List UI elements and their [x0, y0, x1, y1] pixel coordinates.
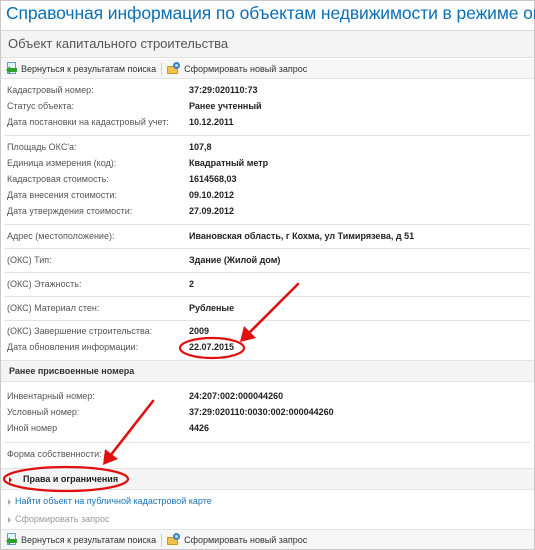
- field-row-other-number: Иной номер 4426: [1, 420, 534, 436]
- document-back-icon: [6, 62, 18, 75]
- row-divider: [5, 248, 530, 249]
- panel-title: Объект капитального строительства: [1, 31, 534, 58]
- bullet-triangle-icon: [8, 517, 11, 523]
- new-request-button[interactable]: Сформировать новый запрос: [167, 533, 307, 546]
- field-value: 22.07.2015: [189, 339, 234, 355]
- row-divider: [5, 296, 530, 297]
- field-value: 4426: [189, 420, 209, 436]
- field-row-unit: Единица измерения (код): Квадратный метр: [1, 155, 534, 171]
- field-value: 09.10.2012: [189, 187, 234, 203]
- field-row-floors: (ОКС) Этажность: 2: [1, 276, 534, 292]
- field-row-registration-date: Дата постановки на кадастровый учет: 10.…: [1, 114, 534, 130]
- field-label: Форма собственности:: [7, 446, 102, 462]
- field-row-inventory-number: Инвентарный номер: 24:207:002:000044260: [1, 388, 534, 404]
- group-divider: [5, 135, 530, 136]
- field-value: Здание (Жилой дом): [189, 252, 280, 268]
- field-label: Единица измерения (код):: [7, 155, 116, 171]
- field-row-ownership: Форма собственности:: [1, 446, 534, 462]
- field-label: Кадастровый номер:: [7, 82, 94, 98]
- toolbar-separator: [161, 63, 162, 75]
- field-value: 10.12.2011: [189, 114, 234, 130]
- new-request-label: Сформировать новый запрос: [184, 64, 307, 74]
- field-label: Инвентарный номер:: [7, 388, 95, 404]
- new-request-button[interactable]: Сформировать новый запрос: [167, 62, 307, 75]
- field-row-status: Статус объекта: Ранее учтенный: [1, 98, 534, 114]
- bullet-triangle-icon: [8, 499, 11, 505]
- field-value: 37:29:020110:0030:002:000044260: [189, 404, 334, 420]
- section-prior-numbers: Ранее присвоенные номера: [1, 360, 534, 382]
- field-row-construction-completion: (ОКС) Завершение строительства: 2009: [1, 323, 534, 339]
- field-label: (ОКС) Завершение строительства:: [7, 323, 152, 339]
- back-to-results-button[interactable]: Вернуться к результатам поиска: [6, 533, 156, 546]
- site-title: Справочная информация по объектам недвиж…: [6, 3, 535, 28]
- field-label: Площадь ОКС'а:: [7, 139, 77, 155]
- rights-and-restrictions-toggle[interactable]: Права и ограничения: [1, 468, 534, 490]
- back-to-results-button[interactable]: Вернуться к результатам поиска: [6, 62, 156, 75]
- back-to-results-label: Вернуться к результатам поиска: [21, 535, 156, 545]
- field-row-cadastral-number: Кадастровый номер: 37:29:020110:73: [1, 82, 534, 98]
- bottom-toolbar: Вернуться к результатам поиска Сформиров…: [1, 529, 534, 549]
- new-request-label: Сформировать новый запрос: [184, 535, 307, 545]
- field-row-type: (ОКС) Тип: Здание (Жилой дом): [1, 252, 534, 268]
- group-divider: [5, 224, 530, 225]
- field-value: 24:207:002:000044260: [189, 388, 283, 404]
- back-to-results-label: Вернуться к результатам поиска: [21, 64, 156, 74]
- request-link[interactable]: Сформировать запрос: [15, 511, 109, 527]
- field-value: 1614568,03: [189, 171, 237, 187]
- field-value: 2009: [189, 323, 209, 339]
- field-label: Дата обновления информации:: [7, 339, 138, 355]
- object-panel: Объект капитального строительства Вернут…: [1, 31, 534, 549]
- field-label: Дата постановки на кадастровый учет:: [7, 114, 169, 130]
- rights-and-restrictions-label: Права и ограничения: [23, 469, 118, 490]
- field-value: 27.09.2012: [189, 203, 234, 219]
- row-divider: [5, 320, 530, 321]
- field-label: (ОКС) Этажность:: [7, 276, 81, 292]
- folder-search-icon: [167, 62, 181, 75]
- field-value: Ивановская область, г Кохма, ул Тимирязе…: [189, 228, 414, 244]
- document-back-icon: [6, 533, 18, 546]
- toolbar-separator: [161, 534, 162, 546]
- field-label: Дата внесения стоимости:: [7, 187, 117, 203]
- field-row-address: Адрес (местоположение): Ивановская облас…: [1, 228, 534, 244]
- field-row-value-approval-date: Дата утверждения стоимости: 27.09.2012: [1, 203, 534, 219]
- field-label: Статус объекта:: [7, 98, 74, 114]
- field-label: Дата утверждения стоимости:: [7, 203, 132, 219]
- field-row-cadastral-value: Кадастровая стоимость: 1614568,03: [1, 171, 534, 187]
- field-value: Ранее учтенный: [189, 98, 262, 114]
- field-label: (ОКС) Материал стен:: [7, 300, 99, 316]
- top-toolbar: Вернуться к результатам поиска Сформиров…: [1, 59, 534, 79]
- field-row-area: Площадь ОКС'а: 107,8: [1, 139, 534, 155]
- expand-triangle-icon: [9, 477, 12, 483]
- request-link-row: Сформировать запрос: [1, 511, 534, 527]
- field-label: Адрес (местоположение):: [7, 228, 114, 244]
- field-label: (ОКС) Тип:: [7, 252, 52, 268]
- field-label: Условный номер:: [7, 404, 79, 420]
- folder-search-icon: [167, 533, 181, 546]
- field-value: 107,8: [189, 139, 212, 155]
- field-label: Кадастровая стоимость:: [7, 171, 109, 187]
- public-map-link[interactable]: Найти объект на публичной кадастровой ка…: [15, 493, 212, 509]
- field-value: 2: [189, 276, 194, 292]
- field-value: 37:29:020110:73: [189, 82, 258, 98]
- field-row-update-date: Дата обновления информации: 22.07.2015: [1, 339, 534, 355]
- group-divider: [5, 442, 530, 443]
- field-label: Иной номер: [7, 420, 57, 436]
- field-row-value-entry-date: Дата внесения стоимости: 09.10.2012: [1, 187, 534, 203]
- field-row-wall-material: (ОКС) Материал стен: Рубленые: [1, 300, 534, 316]
- public-map-link-row: Найти объект на публичной кадастровой ка…: [1, 493, 534, 509]
- row-divider: [5, 272, 530, 273]
- field-value: Квадратный метр: [189, 155, 268, 171]
- field-row-conditional-number: Условный номер: 37:29:020110:0030:002:00…: [1, 404, 534, 420]
- field-value: Рубленые: [189, 300, 234, 316]
